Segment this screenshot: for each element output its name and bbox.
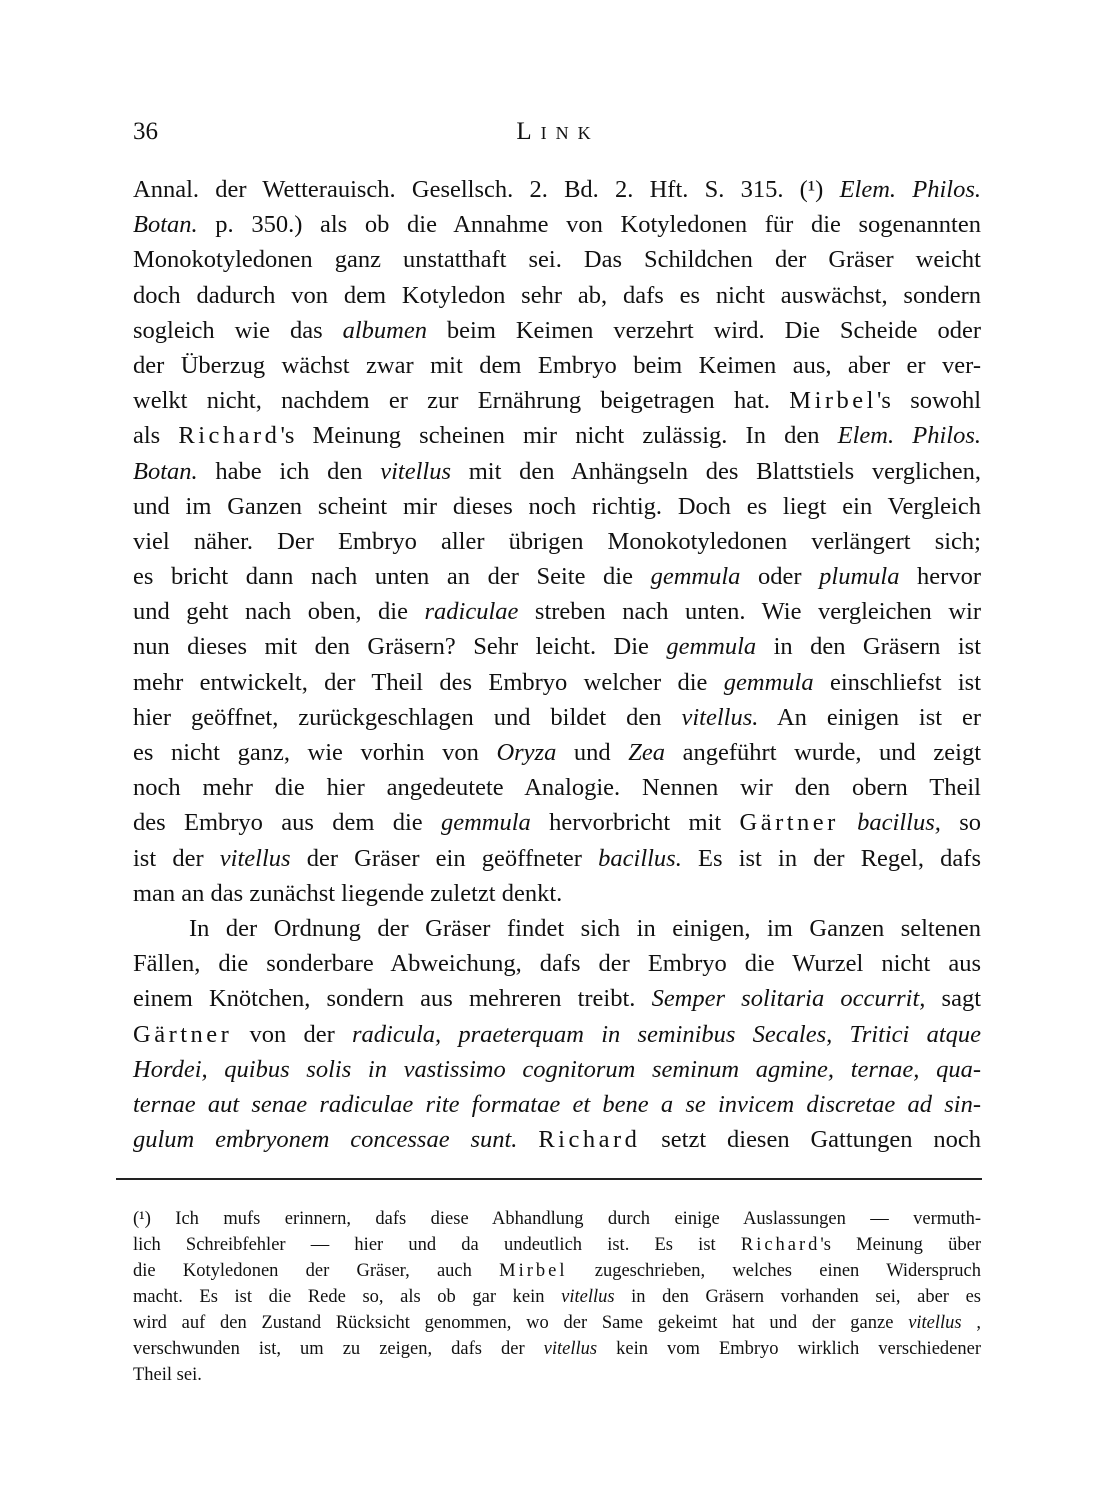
text-run: in den Gräsern vorhanden sei, aber es [615,1287,981,1307]
text-run: Monokotyledonen ganz unstatthaft sei. Da… [133,246,981,273]
italic-text: vitellus [380,458,451,485]
text-line: und geht nach oben, die radiculae strebe… [133,594,981,629]
text-line: hier geöffnet, zurückgeschlagen und bild… [133,700,981,735]
text-run: An einigen ist er [758,704,981,731]
italic-text: Hordei, quibus solis in vastissimo cogni… [133,1056,981,1083]
text-run: der Überzug wächst zwar mit dem Embryo b… [133,352,981,379]
italic-text: Elem. Philos. [838,422,981,449]
italic-text: gulum embryonem concessae sunt. [133,1126,517,1153]
text-run: Es ist in der Regel, dafs [682,845,981,872]
text-run: welkt nicht, nachdem er zur Ernährung be… [133,387,789,414]
italic-text: Elem. Philos. [840,176,981,203]
footnote-line: verschwunden ist, um zu zeigen, dafs der… [133,1336,981,1362]
text-line: einem Knötchen, sondern aus mehreren tre… [133,981,981,1016]
text-run: von der [232,1021,352,1048]
italic-text: gemmula [651,563,741,590]
spaced-name: Mirbel [499,1261,567,1281]
text-run: Theil sei. [133,1365,202,1385]
italic-text: gemmula [666,633,756,660]
text-run: Fällen, die sonderbare Abweichung, dafs … [133,950,981,977]
text-line: der Überzug wächst zwar mit dem Embryo b… [133,348,981,383]
italic-text: Oryza [496,739,556,766]
text-line: noch mehr die hier angedeutete Analogie.… [133,770,981,805]
italic-text: Botan. [133,458,198,485]
italic-text: ternae aut senae radiculae rite formatae… [133,1091,981,1118]
text-line: man an das zunächst liegende zuletzt den… [133,876,981,911]
text-run [839,809,857,836]
text-run: nun dieses mit den Gräsern? Sehr leicht.… [133,633,666,660]
spaced-name: Richard [178,422,280,449]
text-run: wird auf den Zustand Rücksicht genommen,… [133,1313,908,1333]
text-line: doch dadurch von dem Kotyledon sehr ab, … [133,278,981,313]
spaced-name: Gärtner [133,1021,232,1048]
footnote-line: macht. Es ist die Rede so, als ob gar ke… [133,1284,981,1310]
text-run: und geht nach oben, die [133,598,425,625]
text-run: zugeschrieben, welches einen Widerspruch [567,1261,981,1281]
text-run: noch mehr die hier angedeutete Analogie.… [133,774,981,801]
italic-text: radicula, praeterquam in seminibus Secal… [352,1021,981,1048]
text-line: Hordei, quibus solis in vastissimo cogni… [133,1052,981,1087]
italic-text: vitellus [561,1287,614,1307]
text-line: es nicht ganz, wie vorhin von Oryza und … [133,735,981,770]
text-line: es bricht dann nach unten an der Seite d… [133,559,981,594]
footnote-divider [116,1178,982,1180]
footnote-block: (¹) Ich mufs erinnern, dafs diese Abhand… [133,1206,981,1388]
text-run: des Embryo aus dem die [133,809,441,836]
text-run: ist der [133,845,220,872]
text-run: lich Schreibfehler — hier und da undeutl… [133,1235,741,1255]
italic-text: Zea [628,739,665,766]
text-line: ist der vitellus der Gräser ein geöffnet… [133,841,981,876]
text-run: habe ich den [198,458,381,485]
text-run: streben nach unten. Wie vergleichen wir [518,598,981,625]
text-line: sogleich wie das albumen beim Keimen ver… [133,313,981,348]
text-run: hervorbricht mit [531,809,740,836]
footnote-line: wird auf den Zustand Rücksicht genommen,… [133,1310,981,1336]
footnote-line: (¹) Ich mufs erinnern, dafs diese Abhand… [133,1206,981,1232]
italic-text: gemmula [441,809,531,836]
text-run: und im Ganzen scheint mir dieses noch ri… [133,493,981,520]
main-text: Annal. der Wetterauisch. Gesellsch. 2. B… [133,172,981,1157]
text-run: mehr entwickelt, der Theil des Embryo we… [133,669,724,696]
text-line: viel näher. Der Embryo aller übrigen Mon… [133,524,981,559]
text-run: einem Knötchen, sondern aus mehreren tre… [133,985,652,1012]
text-line: als Richard's Meinung scheinen mir nicht… [133,418,981,453]
spaced-name: Mirbel [789,387,877,414]
italic-text: vitellus [220,845,291,872]
italic-text: Semper solitaria occurrit, [652,985,926,1012]
text-run: sogleich wie das [133,317,343,344]
text-run: 's sowohl [877,387,981,414]
text-run: , [962,1313,981,1333]
text-run: der Gräser ein geöffneter [291,845,599,872]
text-line: Gärtner von der radicula, praeterquam in… [133,1017,981,1052]
text-run: als [133,422,178,449]
text-run: es nicht ganz, wie vorhin von [133,739,496,766]
footnote-line: die Kotyledonen der Gräser, auch Mirbel … [133,1258,981,1284]
italic-text: vitellus [544,1339,597,1359]
italic-text: Botan. [133,211,198,238]
text-run: hier geöffnet, zurückgeschlagen und bild… [133,704,681,731]
page-header: 36 Link [133,118,983,152]
italic-text: bacillus, [857,809,941,836]
italic-text: bacillus. [598,845,682,872]
text-line: Annal. der Wetterauisch. Gesellsch. 2. B… [133,172,981,207]
text-run: 's Meinung scheinen mir nicht zulässig. … [280,422,837,449]
text-line: ternae aut senae radiculae rite formatae… [133,1087,981,1122]
text-run: hervor [899,563,981,590]
text-run: es bricht dann nach unten an der Seite d… [133,563,651,590]
text-run: man an das zunächst liegende zuletzt den… [133,880,562,907]
text-run: in den Gräsern ist [756,633,981,660]
text-run: (¹) Ich mufs erinnern, dafs diese Abhand… [133,1209,981,1229]
spaced-name: Gärtner [740,809,839,836]
text-line: Fällen, die sonderbare Abweichung, dafs … [133,946,981,981]
text-line: In der Ordnung der Gräser findet sich in… [133,911,981,946]
text-line: welkt nicht, nachdem er zur Ernährung be… [133,383,981,418]
text-run: und [556,739,628,766]
italic-text: plumula [819,563,899,590]
text-line: Monokotyledonen ganz unstatthaft sei. Da… [133,242,981,277]
text-run: mit den Anhängseln des Blattstiels vergl… [451,458,981,485]
italic-text: radiculae [425,598,519,625]
running-title: Link [133,118,983,146]
spaced-name: Richard [741,1235,821,1255]
text-run: doch dadurch von dem Kotyledon sehr ab, … [133,282,981,309]
text-line: nun dieses mit den Gräsern? Sehr leicht.… [133,629,981,664]
text-run: die Kotyledonen der Gräser, auch [133,1261,499,1281]
text-run: In der Ordnung der Gräser findet sich in… [189,915,981,942]
text-run: viel näher. Der Embryo aller übrigen Mon… [133,528,981,555]
italic-text: albumen [343,317,427,344]
text-line: Botan. p. 350.) als ob die Annahme von K… [133,207,981,242]
text-run: p. 350.) als ob die Annahme von Kotyledo… [198,211,981,238]
text-run: angeführt wurde, und zeigt [665,739,981,766]
footnote-line: lich Schreibfehler — hier und da undeutl… [133,1232,981,1258]
text-run: macht. Es ist die Rede so, als ob gar ke… [133,1287,561,1307]
italic-text: vitellus [908,1313,961,1333]
text-run: so [941,809,981,836]
text-run: beim Keimen verzehrt wird. Die Scheide o… [427,317,981,344]
italic-text: vitellus. [681,704,758,731]
text-run: 's Meinung über [820,1235,981,1255]
text-run: sagt [925,985,981,1012]
text-line: des Embryo aus dem die gemmula hervorbri… [133,805,981,840]
text-run: einschliefst ist [814,669,981,696]
text-line: und im Ganzen scheint mir dieses noch ri… [133,489,981,524]
text-line: gulum embryonem concessae sunt. Richard … [133,1122,981,1157]
text-run: setzt diesen Gattungen noch [640,1126,981,1153]
text-line: Botan. habe ich den vitellus mit den Anh… [133,454,981,489]
text-run: Annal. der Wetterauisch. Gesellsch. 2. B… [133,176,840,203]
text-run [517,1126,538,1153]
spaced-name: Richard [538,1126,640,1153]
text-run: oder [740,563,819,590]
text-line: mehr entwickelt, der Theil des Embryo we… [133,665,981,700]
italic-text: gemmula [724,669,814,696]
footnote-line: Theil sei. [133,1362,981,1388]
text-run: kein vom Embryo wirklich verschiedener [597,1339,981,1359]
text-run: verschwunden ist, um zu zeigen, dafs der [133,1339,544,1359]
